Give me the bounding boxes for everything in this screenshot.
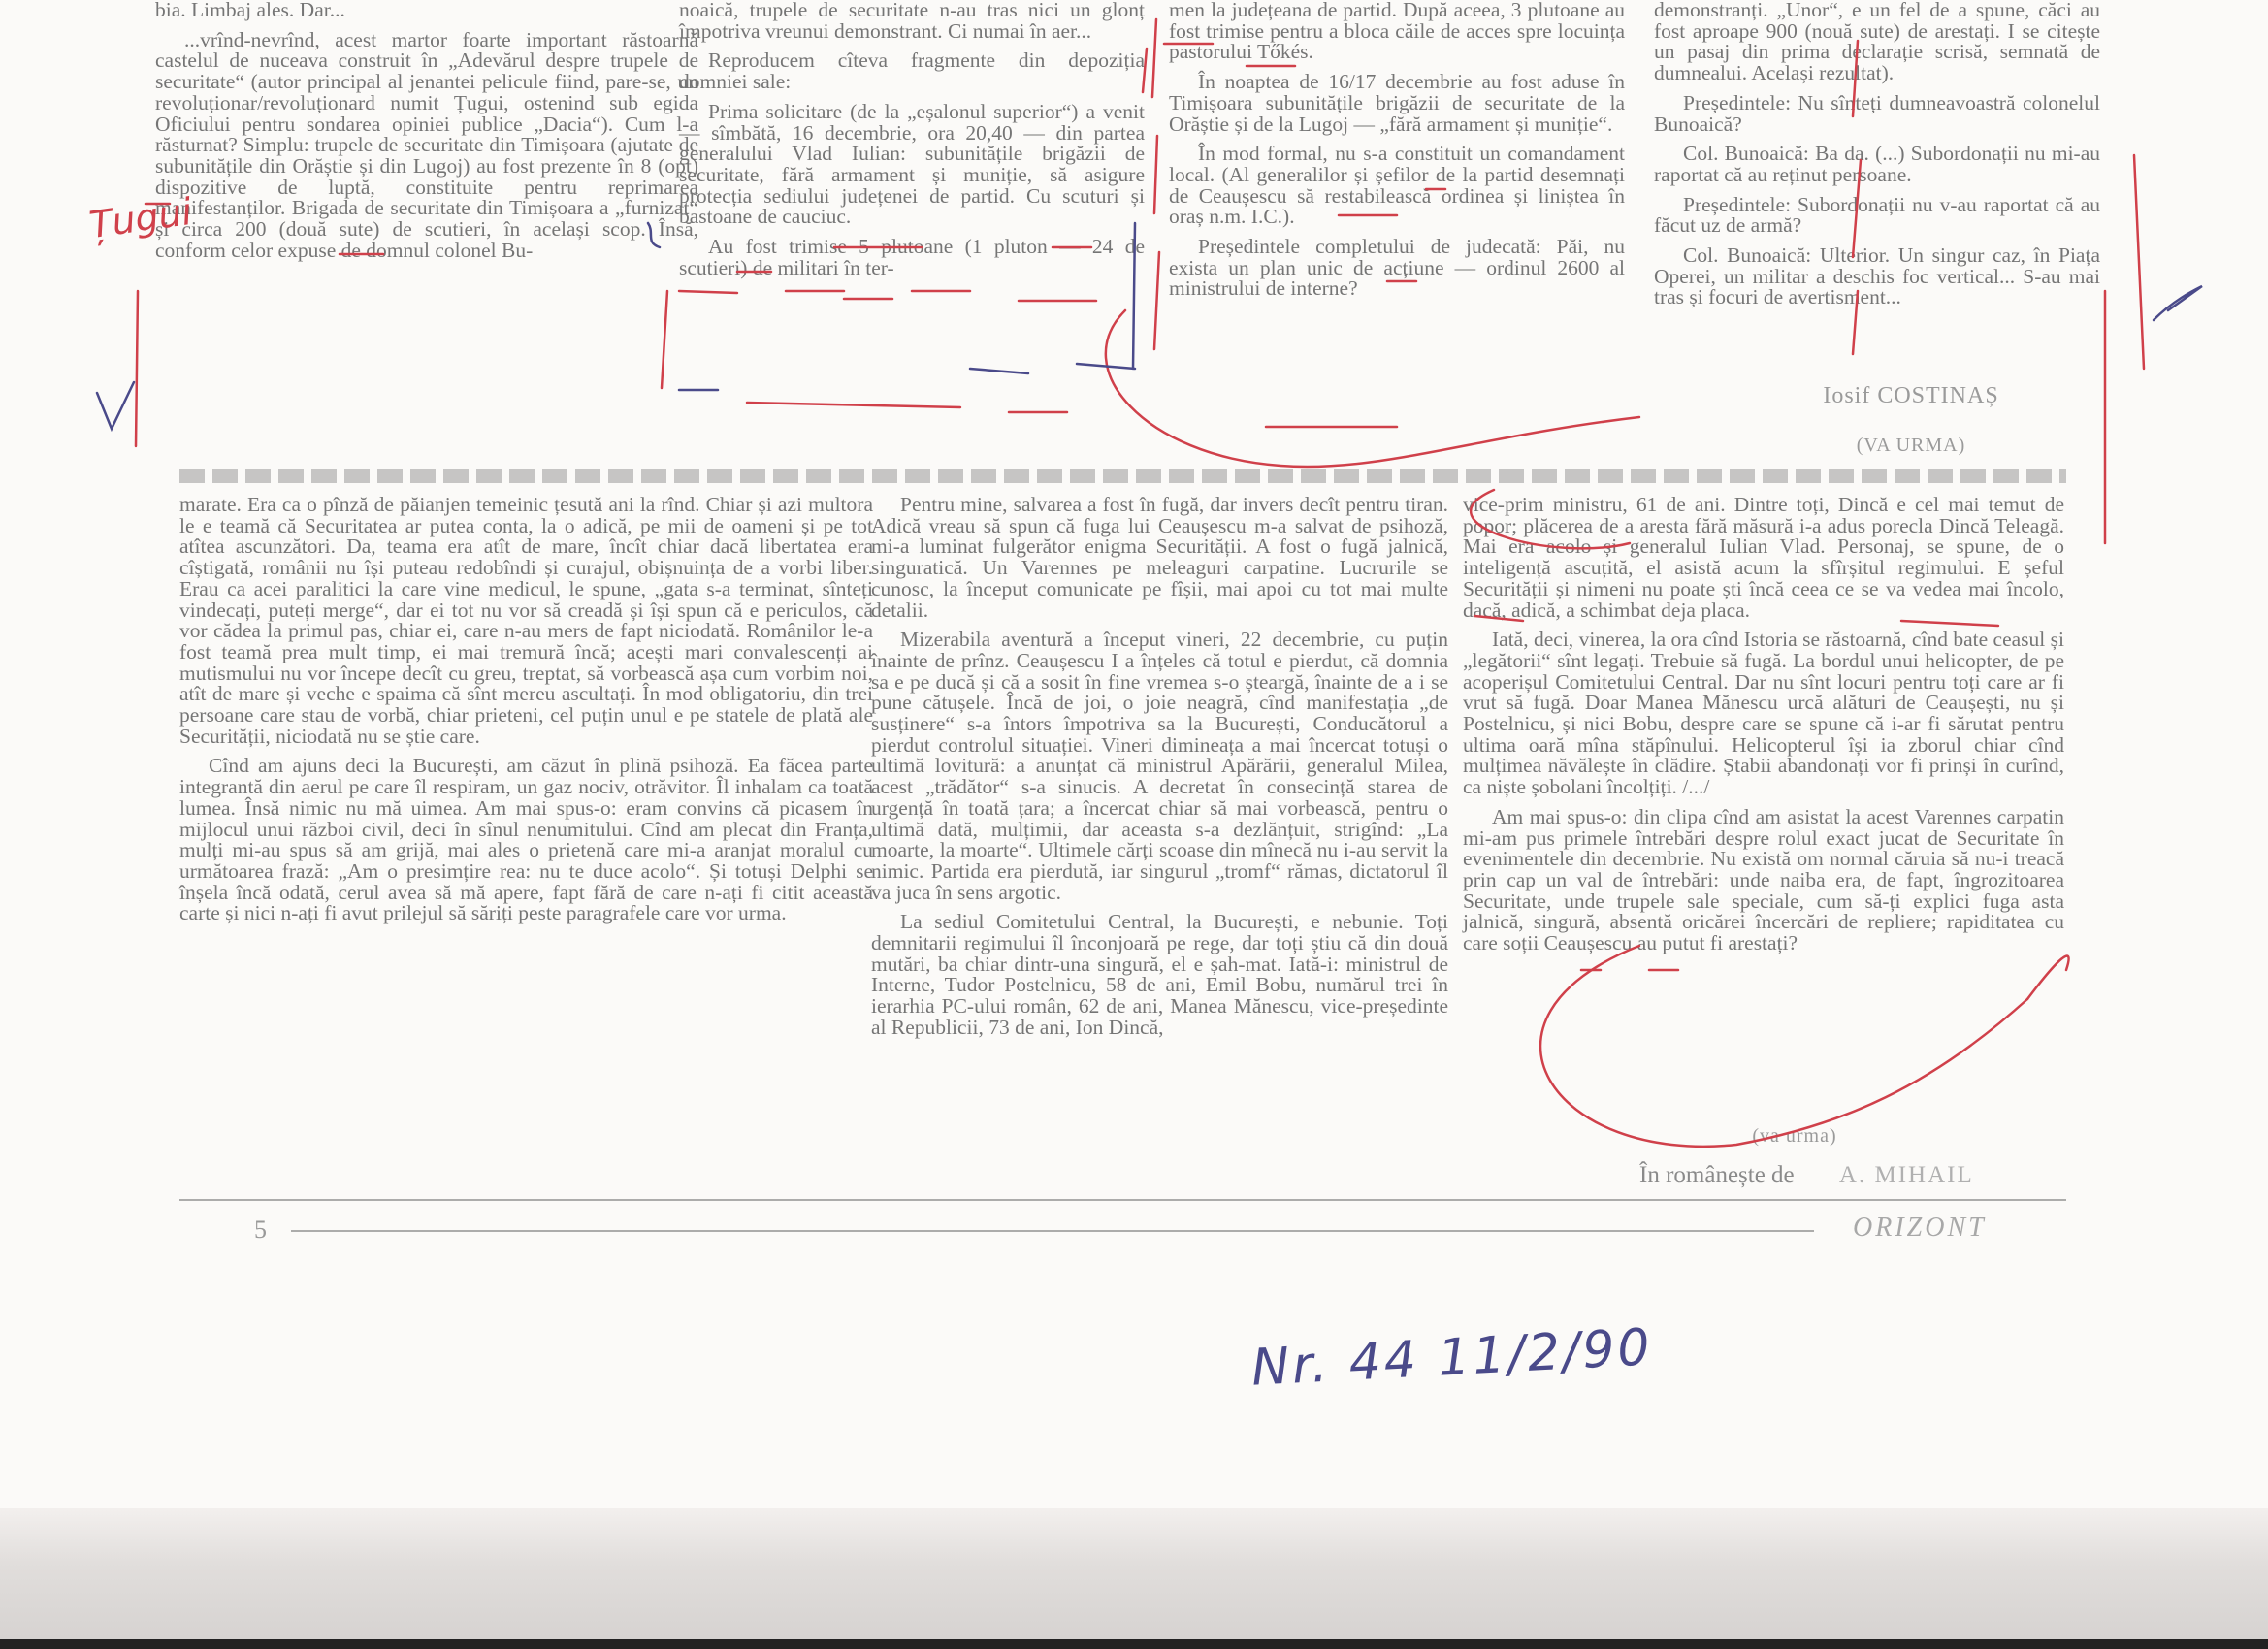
- footer-rule: [179, 1199, 2066, 1201]
- top-article-column-2: noaică, trupele de securitate n-au tras …: [679, 0, 1145, 287]
- blue-check-mark-icon: [2154, 286, 2202, 320]
- paragraph: Iată, deci, vinerea, la ora cînd Istoria…: [1463, 630, 2064, 798]
- bottom-article-column-2: Pentru mine, salvarea a fost în fugă, da…: [871, 495, 1448, 1048]
- red-margin-bar-icon: [136, 291, 138, 446]
- paragraph: Am mai spus-o: din clipa cînd am asistat…: [1463, 807, 2064, 954]
- section-divider: [179, 469, 2066, 483]
- paragraph: Președintele: Subordonații nu v-au rapor…: [1654, 195, 2100, 237]
- paragraph: marate. Era ca o pînză de păianjen temei…: [179, 495, 873, 747]
- paragraph: Președintele: Nu sînteți dumneavoastră c…: [1654, 93, 2100, 135]
- paragraph: Cînd am ajuns deci la București, am căzu…: [179, 756, 873, 924]
- bottom-article-column-1: marate. Era ca o pînză de păianjen temei…: [179, 495, 873, 933]
- paragraph: men la județeana de partid. După aceea, …: [1169, 0, 1625, 63]
- paragraph: La sediul Comitetului Central, la Bucure…: [871, 912, 1448, 1038]
- top-article-column-4: demonstranți. „Unor“, e un fel de a spun…: [1654, 0, 2100, 317]
- top-article-column-1: bia. Limbaj ales. Dar... ...vrînd-nevrîn…: [155, 0, 698, 270]
- paragraph: Au fost trimise 5 plutoane (1 pluton — 2…: [679, 237, 1145, 278]
- top-article-column-3: men la județeana de partid. După aceea, …: [1169, 0, 1625, 308]
- paragraph: noaică, trupele de securitate n-au tras …: [679, 0, 1145, 42]
- paragraph: În noaptea de 16/17 decembrie au fost ad…: [1169, 72, 1625, 135]
- bottom-article-column-3: vice-prim ministru, 61 de ani. Dintre to…: [1463, 495, 2064, 963]
- scanner-bar: [0, 1639, 2268, 1649]
- paragraph: Pentru mine, salvarea a fost în fugă, da…: [871, 495, 1448, 621]
- paragraph: Col. Bunoaică: Ulterior. Un singur caz, …: [1654, 245, 2100, 308]
- author-signature: Iosif COSTINAȘ: [1766, 383, 2057, 409]
- paragraph: ...vrînd-nevrînd, acest martor foarte im…: [155, 30, 698, 262]
- footer-rule: [291, 1230, 1814, 1232]
- paragraph: demonstranți. „Unor“, e un fel de a spun…: [1654, 0, 2100, 84]
- paragraph: Col. Bunoaică: Ba da. (...) Subordonații…: [1654, 144, 2100, 185]
- handwritten-issue-note: Nr. 44 11/2/90: [1250, 1318, 1654, 1398]
- paragraph: Președintele completului de judecată: Pă…: [1169, 237, 1625, 300]
- to-be-continued: (va urma): [1649, 1125, 1940, 1148]
- paragraph: Prima solicitare (de la „eșalonul superi…: [679, 102, 1145, 228]
- paragraph: Mizerabila aventură a început vineri, 22…: [871, 630, 1448, 903]
- paragraph: vice-prim ministru, 61 de ani. Dintre to…: [1463, 495, 2064, 621]
- paragraph: În mod formal, nu s-a constituit un coma…: [1169, 144, 1625, 228]
- to-be-continued: (VA URMA): [1766, 435, 2057, 457]
- translation-credit: În românește de A. MIHAIL: [1639, 1162, 1974, 1189]
- red-margin-bar-icon: [662, 291, 667, 388]
- translation-credit-label: În românește de: [1639, 1162, 1795, 1188]
- blue-check-mark-icon: [97, 382, 134, 429]
- translator-name: A. MIHAIL: [1839, 1162, 1974, 1188]
- page-number: 5: [254, 1215, 267, 1245]
- paragraph: Reproducem cîteva fragmente din depoziți…: [679, 50, 1145, 92]
- publication-name: ORIZONT: [1853, 1212, 1987, 1244]
- scanner-edge: [0, 1508, 2268, 1649]
- paragraph: bia. Limbaj ales. Dar...: [155, 0, 698, 21]
